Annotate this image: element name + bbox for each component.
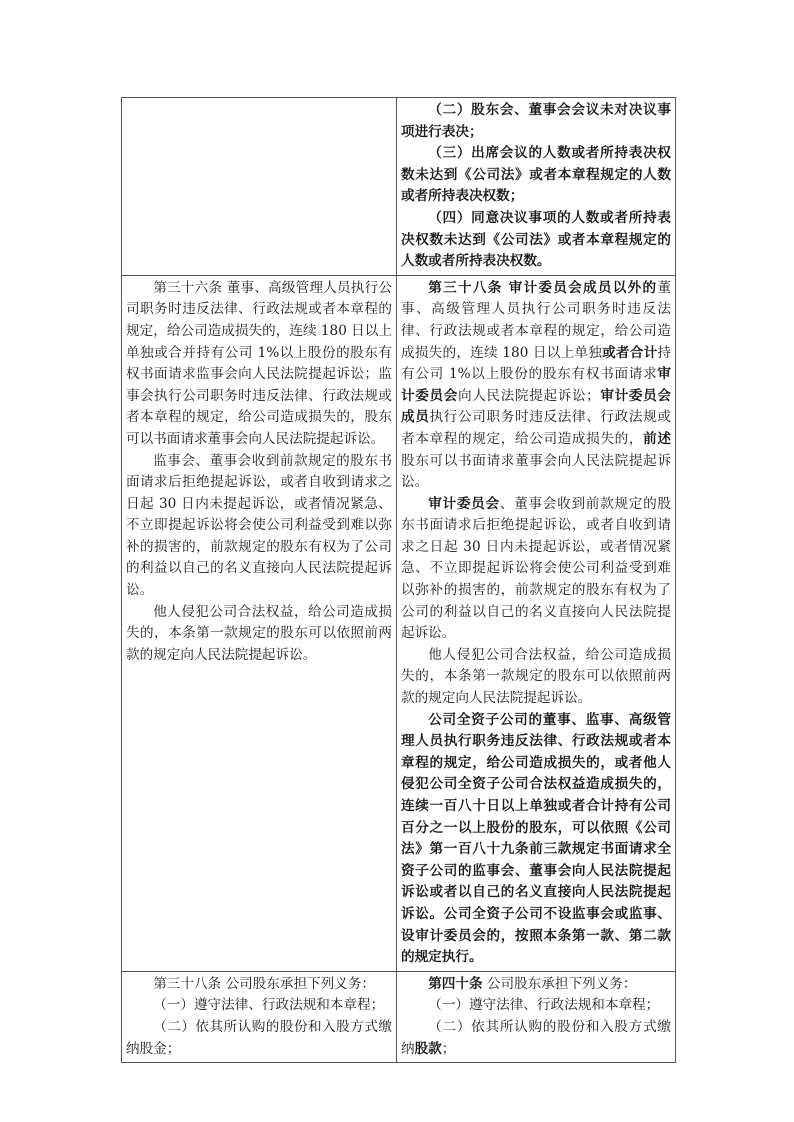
- table-row: （二）股东会、董事会会议未对决议事项进行表决；（三）出席会议的人数或者所持表决权…: [122, 98, 676, 276]
- amended-text: 审计委员会: [428, 496, 500, 512]
- clause-paragraph: （二）股东会、董事会会议未对决议事项进行表决；: [401, 100, 671, 143]
- clause-paragraph: 监事会、董事会收到前款规定的股东书面请求后拒绝提起诉讼，或者自收到请求之日起 3…: [126, 451, 392, 602]
- clause-text: 、董事会收到前款规定的股东书面请求后拒绝提起诉讼，或者自收到请求之日起 30 日…: [401, 496, 671, 642]
- amended-text: 股款: [415, 1041, 442, 1057]
- amended-text: （二）股东会、董事会会议未对决议事项进行表决；: [401, 102, 671, 140]
- clause-text: ；: [442, 1041, 456, 1057]
- clause-text: 监事会、董事会收到前款规定的股东书面请求后拒绝提起诉讼，或者自收到请求之日起 3…: [126, 453, 392, 599]
- clause-paragraph: 第三十八条 公司股东承担下列义务：: [126, 974, 392, 996]
- clause-text: （二）依其所认购的股份和入股方式缴纳股金；: [126, 1019, 392, 1057]
- amended-text: 第四十条: [428, 976, 482, 992]
- clause-paragraph: 公司全资子公司的董事、监事、高级管理人员执行职务违反法律、行政法规或者本章程的规…: [401, 710, 671, 969]
- clause-text: 向人民法院提起诉讼；: [458, 388, 600, 404]
- amended-text: 公司全资子公司的董事、监事、高级管理人员执行职务违反法律、行政法规或者本章程的规…: [401, 712, 671, 966]
- original-clause-cell: 第三十六条 董事、高级管理人员执行公司职务时违反法律、行政法规或者本章程的规定，…: [122, 275, 397, 971]
- clause-text: （一）遵守法律、行政法规和本章程；: [153, 997, 384, 1013]
- original-clause-cell: [122, 98, 397, 276]
- clause-paragraph: （一）遵守法律、行政法规和本章程；: [401, 995, 671, 1017]
- revised-clause-cell: （二）股东会、董事会会议未对决议事项进行表决；（三）出席会议的人数或者所持表决权…: [397, 98, 676, 276]
- clause-paragraph: （一）遵守法律、行政法规和本章程；: [126, 995, 392, 1017]
- original-clause-cell: 第三十八条 公司股东承担下列义务：（一）遵守法律、行政法规和本章程；（二）依其所…: [122, 971, 397, 1062]
- clause-text: 他人侵犯公司合法权益，给公司造成损失的，本条第一款规定的股东可以依照前两款的规定…: [126, 604, 392, 663]
- amended-text: 或者合计: [602, 345, 657, 361]
- clause-paragraph: 第四十条 公司股东承担下列义务：: [401, 974, 671, 996]
- clause-text: 股东可以书面请求董事会向人民法院提起诉讼。: [401, 453, 671, 491]
- table-row: 第三十六条 董事、高级管理人员执行公司职务时违反法律、行政法规或者本章程的规定，…: [122, 275, 676, 971]
- clause-paragraph: （二）依其所认购的股份和入股方式缴纳股款；: [401, 1017, 671, 1060]
- clause-paragraph: （四）同意决议事项的人数或者所持表决权数未达到《公司法》或者本章程规定的人数或者…: [401, 208, 671, 273]
- clause-paragraph: （三）出席会议的人数或者所持表决权数未达到《公司法》或者本章程规定的人数或者所持…: [401, 143, 671, 208]
- clause-text: （一）遵守法律、行政法规和本章程；: [428, 997, 659, 1013]
- amendment-comparison-table: （二）股东会、董事会会议未对决议事项进行表决；（三）出席会议的人数或者所持表决权…: [121, 97, 676, 1063]
- amended-text: （四）同意决议事项的人数或者所持表决权数未达到《公司法》或者本章程规定的人数或者…: [401, 210, 671, 269]
- clause-paragraph: 第三十六条 董事、高级管理人员执行公司职务时违反法律、行政法规或者本章程的规定，…: [126, 278, 392, 451]
- clause-paragraph: （二）依其所认购的股份和入股方式缴纳股金；: [126, 1017, 392, 1060]
- amended-text: 第三十八条 审计委员会成员以外的: [428, 280, 657, 296]
- clause-text: 执行公司职务时违反法律、行政法规或者本章程的规定，给公司造成损失的，: [401, 409, 671, 447]
- revised-clause-cell: 第三十八条 审计委员会成员以外的董事、高级管理人员执行公司职务时违反法律、行政法…: [397, 275, 676, 971]
- clause-text: 第三十八条 公司股东承担下列义务：: [153, 976, 375, 992]
- clause-paragraph: 审计委员会、董事会收到前款规定的股东书面请求后拒绝提起诉讼，或者自收到请求之日起…: [401, 494, 671, 645]
- clause-text: 公司股东承担下列义务：: [483, 976, 637, 992]
- clause-paragraph: 他人侵犯公司合法权益，给公司造成损失的，本条第一款规定的股东可以依照前两款的规定…: [401, 645, 671, 710]
- amended-text: （三）出席会议的人数或者所持表决权数未达到《公司法》或者本章程规定的人数或者所持…: [401, 145, 671, 204]
- clause-text: 第三十六条 董事、高级管理人员执行公司职务时违反法律、行政法规或者本章程的规定，…: [126, 280, 392, 447]
- clause-paragraph: 第三十八条 审计委员会成员以外的董事、高级管理人员执行公司职务时违反法律、行政法…: [401, 278, 671, 494]
- clause-paragraph: 他人侵犯公司合法权益，给公司造成损失的，本条第一款规定的股东可以依照前两款的规定…: [126, 602, 392, 667]
- clause-text: 他人侵犯公司合法权益，给公司造成损失的，本条第一款规定的股东可以依照前两款的规定…: [401, 647, 671, 706]
- revised-clause-cell: 第四十条 公司股东承担下列义务：（一）遵守法律、行政法规和本章程；（二）依其所认…: [397, 971, 676, 1062]
- document-page: （二）股东会、董事会会议未对决议事项进行表决；（三）出席会议的人数或者所持表决权…: [0, 0, 794, 1122]
- table-row: 第三十八条 公司股东承担下列义务：（一）遵守法律、行政法规和本章程；（二）依其所…: [122, 971, 676, 1062]
- amended-text: 前述: [643, 431, 671, 447]
